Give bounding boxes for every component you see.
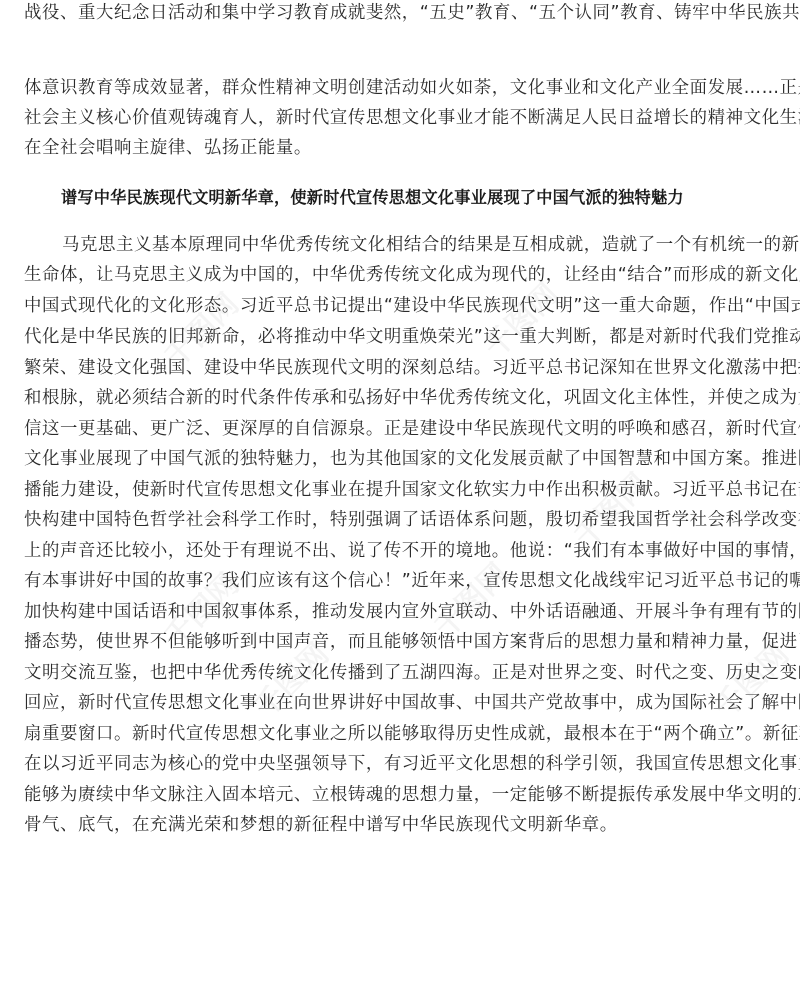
text-line: 生命体，让马克思主义成为中国的，中华优秀传统文化成为现代的，让经由“结合”而形成… [24,263,784,287]
text-line: 回应，新时代宣传思想文化事业在向世界讲好中国故事、中国共产党故事中，成为国际社会… [24,691,784,715]
text-line: 文明交流互鉴，也把中华优秀传统文化传播到了五湖四海。正是对世界之变、时代之变、历… [24,661,784,685]
text-line: 马克思主义基本原理同中华优秀传统文化相结合的结果是互相成就，造就了一个有机统一的… [62,233,800,257]
text-line: 上的声音还比较小，还处于有理说不出、说了传不开的境地。他说：“我们有本事做好中国… [24,539,784,563]
text-line: 播能力建设，使新时代宣传思想文化事业在提升国家文化软实力中作出积极贡献。习近平总… [24,478,784,502]
text-line: 体意识教育等成效显著，群众性精神文明创建活动如火如荼，文化事业和文化产业全面发展… [24,76,784,100]
document-page: 千图网 千图网 千图网 千图网 千图网 千图网 千图网 战役、重大纪念日活动和集… [0,0,800,1004]
text-line: 繁荣、建设文化强国、建设中华民族现代文明的深刻总结。习近平总书记深知在世界文化激… [24,356,784,380]
text-line: 扇重要窗口。新时代宣传思想文化事业之所以能够取得历史性成就，最根本在于“两个确立… [24,722,784,746]
section-heading: 谱写中华民族现代文明新华章，使新时代宣传思想文化事业展现了中国气派的独特魅力 [61,186,684,210]
text-line: 战役、重大纪念日活动和集中学习教育成就斐然，“五史”教育、“五个认同”教育、铸牢… [24,1,784,25]
text-line: 社会主义核心价值观铸魂育人，新时代宣传思想文化事业才能不断满足人民日益增长的精神… [24,106,784,130]
text-line: 加快构建中国话语和中国叙事体系，推动发展内宣外宣联动、中外话语融通、开展斗争有理… [24,600,784,624]
text-line: 在全社会唱响主旋律、弘扬正能量。 [24,136,784,160]
text-line: 和根脉，就必须结合新的时代条件传承和弘扬好中华优秀传统文化，巩固文化主体性，并使… [24,386,784,410]
text-line: 信这一更基础、更广泛、更深厚的自信源泉。正是建设中华民族现代文明的呼唤和感召，新… [24,417,784,441]
text-line: 能够为赓续中华文脉注入固本培元、立根铸魂的思想力量，一定能够不断提振传承发展中华… [24,783,784,807]
text-line: 快构建中国特色哲学社会科学工作时，特别强调了话语体系问题，殷切希望我国哲学社会科… [24,508,784,532]
text-line: 在以习近平同志为核心的党中央坚强领导下，有习近平文化思想的科学引领，我国宣传思想… [24,752,784,776]
text-line: 文化事业展现了中国气派的独特魅力，也为其他国家的文化发展贡献了中国智慧和中国方案… [24,447,784,471]
text-line: 有本事讲好中国的故事？我们应该有这个信心！”近年来，宣传思想文化战线牢记习近平总… [24,569,784,593]
text-line: 播态势，使世界不但能够听到中国声音，而且能够领悟中国方案背后的思想力量和精神力量… [24,630,784,654]
text-line: 代化是中华民族的旧邦新命，必将推动中华文明重焕荣光”这一重大判断，都是对新时代我… [24,325,784,349]
text-line: 中国式现代化的文化形态。习近平总书记提出“建设中华民族现代文明”这一重大命题，作… [24,294,784,318]
text-line: 骨气、底气，在充满光荣和梦想的新征程中谱写中华民族现代文明新华章。 [24,813,784,837]
